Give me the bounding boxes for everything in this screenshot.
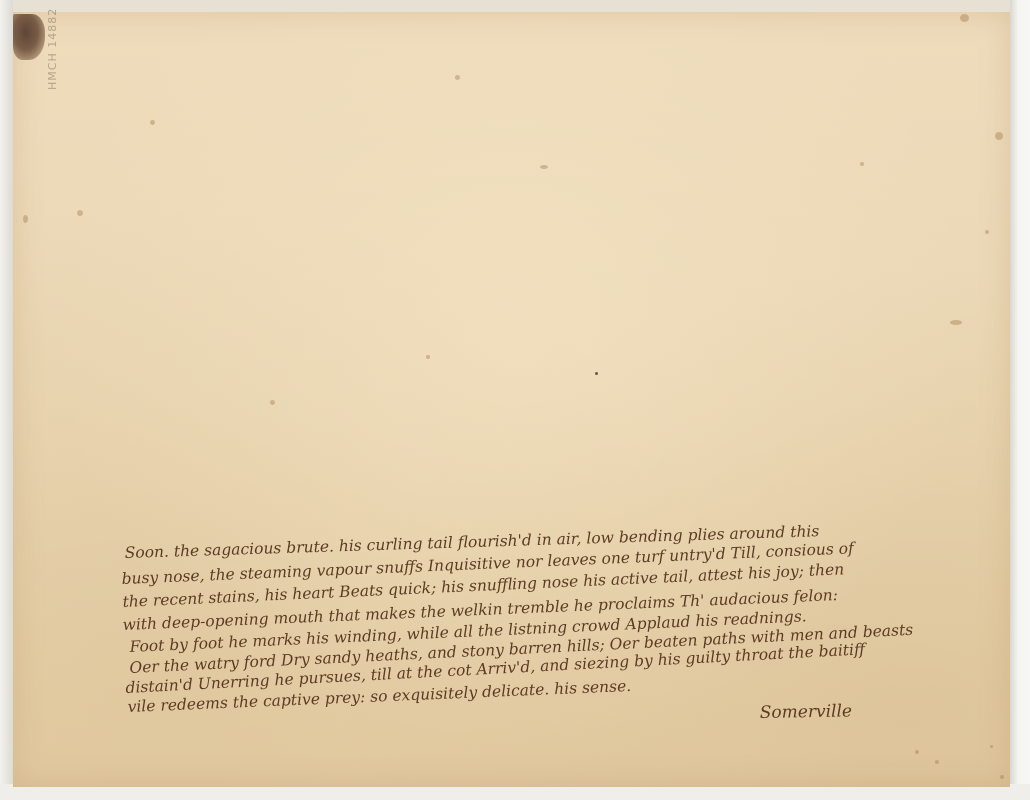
- corner-ink-stain: [13, 14, 45, 60]
- foxing-spot: [985, 230, 989, 234]
- foxing-spot: [150, 120, 155, 125]
- foxing-spot: [270, 400, 275, 405]
- catalog-number: HMCH 14882: [46, 8, 59, 90]
- foxing-spot: [915, 750, 919, 754]
- foxing-spot: [960, 14, 969, 22]
- foxing-spot: [995, 132, 1003, 140]
- manuscript-text: Soon. the sagacious brute. his curling t…: [120, 540, 1000, 740]
- foxing-spot: [426, 355, 430, 359]
- foxing-spot: [77, 210, 83, 216]
- foxing-spot: [23, 215, 28, 223]
- foxing-spot: [1000, 775, 1004, 779]
- foxing-spot: [455, 75, 460, 80]
- foxing-spot: [860, 162, 864, 166]
- mount-border-right: [1010, 0, 1030, 800]
- signature: Somerville: [760, 701, 853, 723]
- foxing-spot: [935, 760, 939, 764]
- foxing-spot: [950, 320, 962, 325]
- mount-border-left: [0, 0, 13, 800]
- foxing-spot: [595, 372, 598, 375]
- foxing-spot: [540, 165, 548, 169]
- foxing-spot: [990, 745, 993, 748]
